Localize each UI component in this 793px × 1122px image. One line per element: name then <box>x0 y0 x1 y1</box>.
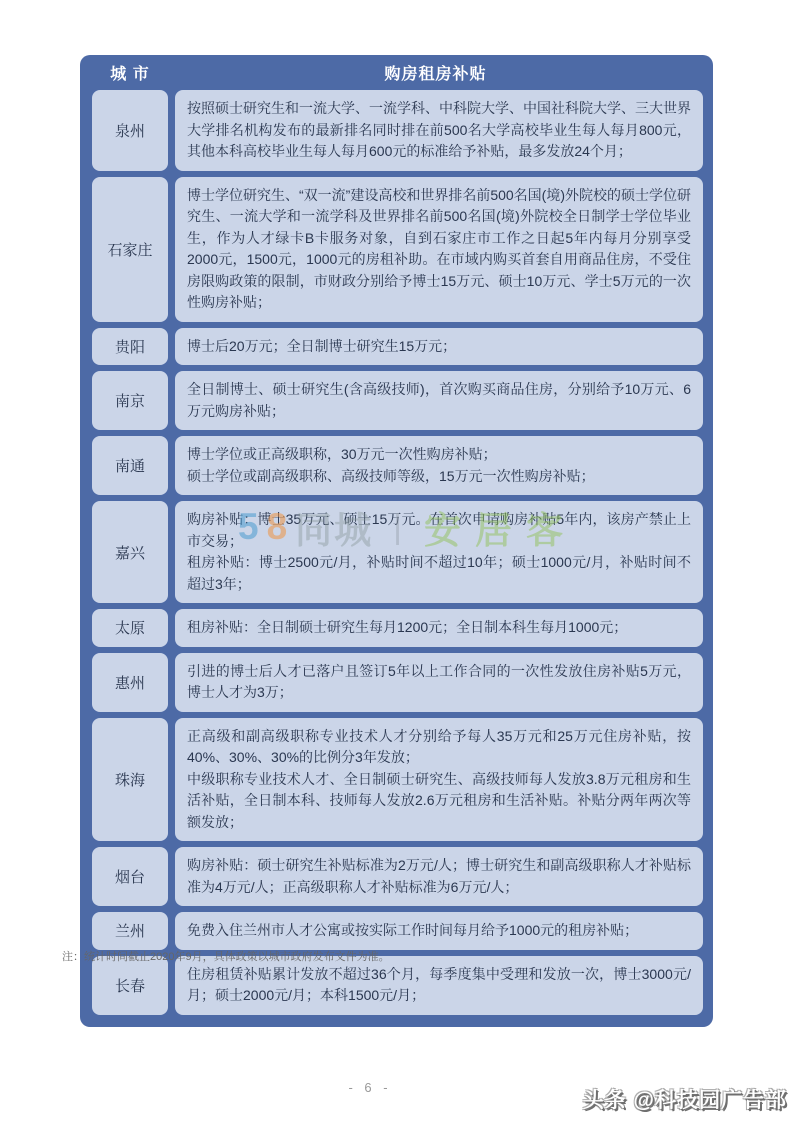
footnote: 注：统计时间截止2020年9月，具体政策以城市政府发布文件为准。 <box>62 948 390 964</box>
header-city: 城 市 <box>92 61 168 84</box>
subsidy-cell: 免费入住兰州市人才公寓或按实际工作时间每月给予1000元的租房补贴； <box>175 912 703 950</box>
city-cell: 嘉兴 <box>92 501 168 603</box>
page: 城 市 购房租房补贴 泉州 按照硕士研究生和一流大学、一流学科、中科院大学、中国… <box>0 0 793 1122</box>
city-cell: 珠海 <box>92 718 168 842</box>
table-row: 贵阳 博士后20万元；全日制博士研究生15万元； <box>92 328 703 366</box>
subsidy-cell: 住房租赁补贴累计发放不超过36个月，每季度集中受理和发放一次，博士3000元/月… <box>175 956 703 1015</box>
table-row: 南京 全日制博士、硕士研究生(含高级技师)，首次购买商品住房，分别给予10万元、… <box>92 371 703 430</box>
subsidy-cell: 博士后20万元；全日制博士研究生15万元； <box>175 328 703 366</box>
city-cell: 长春 <box>92 956 168 1015</box>
subsidy-cell: 租房补贴：全日制硕士研究生每月1200元；全日制本科生每月1000元； <box>175 609 703 647</box>
city-cell: 惠州 <box>92 653 168 712</box>
table-row: 南通 博士学位或正高级职称，30万元一次性购房补贴； 硕士学位或副高级职称、高级… <box>92 436 703 495</box>
table-row: 嘉兴 购房补贴：博士35万元、硕士15万元。在首次申请购房补贴5年内，该房产禁止… <box>92 501 703 603</box>
table-row: 泉州 按照硕士研究生和一流大学、一流学科、中科院大学、中国社科院大学、三大世界大… <box>92 90 703 171</box>
header-subsidy: 购房租房补贴 <box>168 61 703 84</box>
subsidy-cell: 按照硕士研究生和一流大学、一流学科、中科院大学、中国社科院大学、三大世界大学排名… <box>175 90 703 171</box>
city-cell: 南通 <box>92 436 168 495</box>
table-header-row: 城 市 购房租房补贴 <box>92 55 703 90</box>
city-cell: 泉州 <box>92 90 168 171</box>
city-subsidy-table: 城 市 购房租房补贴 泉州 按照硕士研究生和一流大学、一流学科、中科院大学、中国… <box>80 55 713 1027</box>
subsidy-cell: 博士学位或正高级职称，30万元一次性购房补贴； 硕士学位或副高级职称、高级技师等… <box>175 436 703 495</box>
subsidy-cell: 引进的博士后人才已落户且签订5年以上工作合同的一次性发放住房补贴5万元，博士人才… <box>175 653 703 712</box>
subsidy-cell: 购房补贴：博士35万元、硕士15万元。在首次申请购房补贴5年内，该房产禁止上市交… <box>175 501 703 603</box>
table-row: 兰州 免费入住兰州市人才公寓或按实际工作时间每月给予1000元的租房补贴； <box>92 912 703 950</box>
subsidy-cell: 博士学位研究生、“双一流”建设高校和世界排名前500名国(境)外院校的硕士学位研… <box>175 177 703 322</box>
subsidy-cell: 购房补贴：硕士研究生补贴标准为2万元/人；博士研究生和副高级职称人才补贴标准为4… <box>175 847 703 906</box>
city-cell: 贵阳 <box>92 328 168 366</box>
subsidy-cell: 正高级和副高级职称专业技术人才分别给予每人35万元和25万元住房补贴，按40%、… <box>175 718 703 842</box>
table-row: 石家庄 博士学位研究生、“双一流”建设高校和世界排名前500名国(境)外院校的硕… <box>92 177 703 322</box>
city-cell: 兰州 <box>92 912 168 950</box>
table-row: 烟台 购房补贴：硕士研究生补贴标准为2万元/人；博士研究生和副高级职称人才补贴标… <box>92 847 703 906</box>
city-cell: 太原 <box>92 609 168 647</box>
table-row: 惠州 引进的博士后人才已落户且签订5年以上工作合同的一次性发放住房补贴5万元，博… <box>92 653 703 712</box>
subsidy-cell: 全日制博士、硕士研究生(含高级技师)，首次购买商品住房，分别给予10万元、6万元… <box>175 371 703 430</box>
table-row: 长春 住房租赁补贴累计发放不超过36个月，每季度集中受理和发放一次，博士3000… <box>92 956 703 1015</box>
table-row: 太原 租房补贴：全日制硕士研究生每月1200元；全日制本科生每月1000元； <box>92 609 703 647</box>
city-cell: 石家庄 <box>92 177 168 322</box>
city-cell: 烟台 <box>92 847 168 906</box>
table-row: 珠海 正高级和副高级职称专业技术人才分别给予每人35万元和25万元住房补贴，按4… <box>92 718 703 842</box>
toutiao-watermark: 头条 @科技园广告部 <box>583 1084 787 1114</box>
city-cell: 南京 <box>92 371 168 430</box>
